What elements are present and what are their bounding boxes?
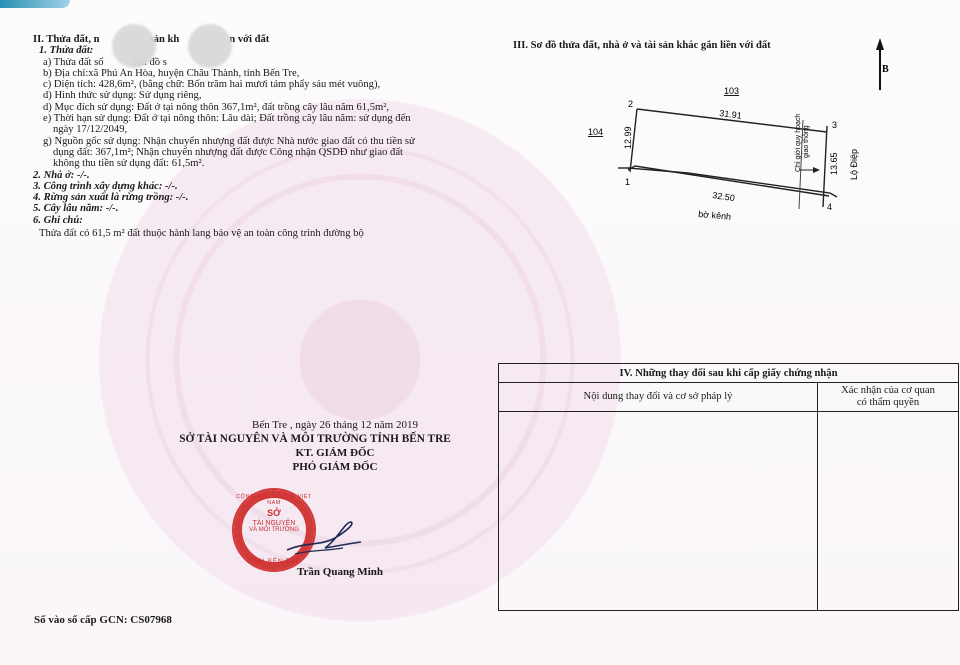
usage-origin: g) Nguồn gốc sử dụng: Nhận chuyển nhượng… [33, 136, 463, 147]
signature-block: Bến Tre , ngày 26 tháng 12 năm 2019 SỞ T… [150, 418, 480, 474]
photo-edge-strip [0, 0, 70, 8]
section4-title: IV. Những thay đổi sau khi cấp giấy chứn… [499, 364, 959, 383]
authority-confirmation-cell [818, 412, 959, 611]
note-heading: 6. Ghi chú: [33, 215, 463, 226]
svg-text:Chỉ giới quy hoạch: Chỉ giới quy hoạch [794, 114, 802, 172]
changes-table: IV. Những thay đổi sau khi cấp giấy chứn… [498, 363, 959, 611]
usage-origin-cont: dụng đất: 367,1m²; Nhận chuyển nhượng đấ… [33, 147, 463, 158]
svg-text:2: 2 [628, 99, 633, 109]
other-construction-item: 3. Công trình xây dựng khác: -/-. [33, 181, 463, 192]
svg-text:104: 104 [588, 127, 603, 137]
svg-text:bờ kênh: bờ kênh [698, 209, 732, 222]
svg-text:103: 103 [724, 86, 739, 96]
svg-text:4: 4 [827, 202, 832, 212]
col-authority-confirmation: Xác nhận của cơ quancó thẩm quyền [818, 383, 959, 412]
usage-term-cont: ngày 17/12/2049, [33, 124, 463, 135]
gcn-registry-number: Số vào sổ cấp GCN: CS07968 [34, 614, 172, 626]
svg-text:32.50: 32.50 [712, 190, 736, 203]
issuing-organization: SỞ TÀI NGUYÊN VÀ MÔI TRƯỜNG TỈNH BẾN TRE [150, 432, 480, 446]
forest-item: 4. Rừng sản xuất là rừng trồng: -/-. [33, 192, 463, 203]
usage-origin-cont2: không thu tiền sử dụng đất: 61,5m². [33, 158, 463, 169]
issue-date: Bến Tre , ngày 26 tháng 12 năm 2019 [150, 418, 480, 432]
parcel-diagram: B 1 2 3 4 12.99 31.91 13.65 32.50 103 10… [500, 30, 960, 310]
usage-purpose: d) Mục đích sử dụng: Đất ở tại nông thôn… [33, 102, 463, 113]
svg-text:B: B [882, 64, 889, 75]
director-label: KT. GIÁM ĐỐC [150, 446, 480, 460]
change-content-cell [499, 412, 818, 611]
redaction-blur [188, 24, 232, 68]
parcel-area: c) Diện tích: 428,6m², (bằng chữ: Bốn tr… [33, 79, 463, 90]
deputy-director-label: PHÓ GIÁM ĐỐC [150, 460, 480, 474]
parcel-number: a) Thửa đất sốbản đồ s [33, 57, 463, 68]
section-parcel-info: II. Thửa đất, nsản khn với đất 1. Thửa đ… [33, 34, 463, 239]
col-change-content: Nội dung thay đổi và cơ sở pháp lý [499, 383, 818, 412]
north-arrow: B [876, 38, 889, 90]
usage-term: e) Thời hạn sử dụng: Đất ở tại nông thôn… [33, 113, 463, 124]
usage-form: d) Hình thức sử dụng: Sử dụng riêng, [33, 90, 463, 101]
note-text: Thửa đất có 61,5 m² đất thuộc hành lang … [33, 228, 463, 239]
parcel-address: b) Địa chỉ:xã Phú An Hòa, huyện Châu Thà… [33, 68, 463, 79]
svg-text:13.65: 13.65 [829, 152, 839, 175]
section2-title: II. Thửa đất, nsản khn với đất [33, 34, 463, 45]
svg-text:giao thông: giao thông [803, 125, 810, 158]
svg-text:12.99: 12.99 [623, 126, 633, 149]
perennial-item: 5. Cây lâu năm: -/-. [33, 203, 463, 214]
svg-text:3: 3 [832, 120, 837, 130]
signer-name: Trần Quang Minh [297, 566, 383, 578]
house-item: 2. Nhà ở: -/-. [33, 170, 463, 181]
handwritten-signature [285, 520, 365, 560]
svg-text:Lộ Điệp: Lộ Điệp [849, 149, 859, 180]
svg-text:1: 1 [625, 177, 630, 187]
redaction-blur [112, 24, 156, 68]
parcel-heading: 1. Thửa đất: [33, 45, 463, 56]
